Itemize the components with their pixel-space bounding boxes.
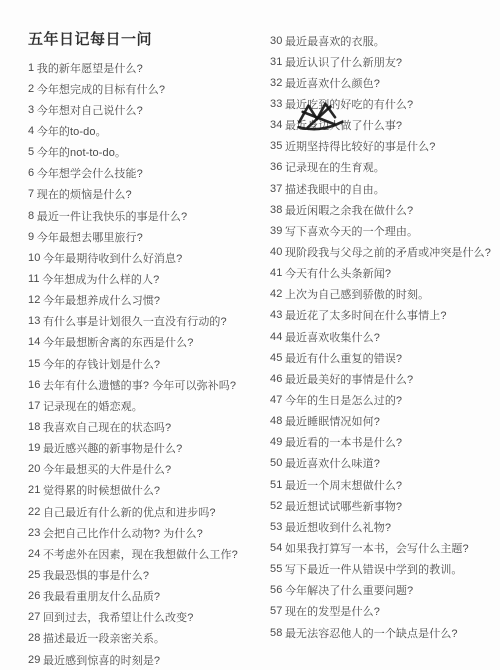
question-number: 3 — [28, 104, 34, 116]
question-number: 45 — [270, 352, 282, 364]
question-item: 35近期坚持得比较好的事是什么? — [270, 136, 491, 157]
question-text: 写下最近一件从错误中学到的教训。 — [285, 561, 463, 577]
question-text: 最近最喜欢的衣服。 — [285, 33, 385, 49]
question-number: 6 — [28, 167, 34, 179]
question-number: 21 — [28, 484, 40, 496]
question-item: 38最近闲暇之余我在做什么? — [270, 199, 491, 220]
question-number: 8 — [28, 210, 34, 222]
question-number: 33 — [270, 98, 282, 110]
question-item: 44最近喜欢收集什么? — [270, 326, 491, 347]
question-item: 22自己最近有什么新的优点和进步吗? — [28, 501, 238, 522]
question-number: 20 — [28, 463, 40, 475]
question-text: 今年的not-to-do。 — [37, 144, 126, 160]
question-text: 觉得累的时候想做什么? — [43, 482, 160, 498]
question-text: 描述最近一段亲密关系。 — [43, 630, 165, 646]
question-item: 43最近花了太多时间在什么事情上? — [270, 305, 491, 326]
question-text: 写下喜欢今天的一个理由。 — [285, 223, 418, 239]
question-text: 今年想对自己说什么? — [37, 102, 143, 118]
question-number: 43 — [270, 309, 282, 321]
question-text: 最近身边人做了什么事? — [285, 117, 402, 133]
question-item: 50最近喜欢什么味道? — [270, 453, 491, 474]
question-number: 25 — [28, 569, 40, 581]
question-number: 5 — [28, 146, 34, 158]
question-item: 45最近有什么重复的错误? — [270, 347, 491, 368]
question-text: 上次为自己感到骄傲的时刻。 — [285, 286, 429, 302]
question-item: 21觉得累的时候想做什么? — [28, 480, 238, 501]
question-item: 24不考虑外在因素，现在我想做什么工作? — [28, 543, 238, 564]
question-item: 31最近认识了什么新朋友? — [270, 51, 491, 72]
question-item: 42上次为自己感到骄傲的时刻。 — [270, 284, 491, 305]
question-number: 19 — [28, 442, 40, 454]
question-text: 今年解决了什么重要问题? — [285, 582, 413, 598]
question-text: 最无法容忍他人的一个缺点是什么? — [285, 625, 458, 641]
question-number: 31 — [270, 56, 282, 68]
diary-question-page: 五年日记每日一问 1我的新年愿望是什么?2今年想完成的目标有什么?3今年想对自己… — [0, 0, 500, 670]
question-text: 最近感兴趣的新事物是什么? — [43, 440, 182, 456]
question-text: 最近感到惊喜的时刻是? — [43, 652, 160, 668]
question-item: 36记录现在的生育观。 — [270, 157, 491, 178]
question-number: 22 — [28, 506, 40, 518]
question-item: 19最近感兴趣的新事物是什么? — [28, 438, 238, 459]
question-number: 4 — [28, 125, 34, 137]
question-item: 23会把自己比作什么动物? 为什么? — [28, 522, 238, 543]
question-item: 58最无法容忍他人的一个缺点是什么? — [270, 622, 491, 643]
question-text: 今年的to-do。 — [37, 123, 107, 139]
question-number: 7 — [28, 188, 34, 200]
question-item: 20今年最想买的大件是什么? — [28, 459, 238, 480]
question-text: 今年的存钱计划是什么? — [43, 356, 160, 372]
question-item: 6今年想学会什么技能? — [28, 163, 238, 184]
question-number: 28 — [28, 632, 40, 644]
question-number: 34 — [270, 119, 282, 131]
question-item: 56今年解决了什么重要问题? — [270, 580, 491, 601]
question-text: 有什么事是计划很久一直没有行动的? — [43, 313, 227, 329]
question-text: 现在的烦恼是什么? — [37, 186, 132, 202]
question-number: 44 — [270, 331, 282, 343]
question-item: 25我最恐惧的事是什么? — [28, 564, 238, 585]
question-item: 46最近最美好的事情是什么? — [270, 368, 491, 389]
question-number: 32 — [270, 77, 282, 89]
question-text: 我的新年愿望是什么? — [37, 60, 143, 76]
question-text: 最近闲暇之余我在做什么? — [285, 202, 413, 218]
question-number: 1 — [28, 62, 34, 74]
question-text: 记录现在的婚恋观。 — [43, 398, 143, 414]
question-text: 最近想收到什么礼物? — [285, 519, 391, 535]
question-text: 记录现在的生育观。 — [285, 159, 385, 175]
question-number: 41 — [270, 267, 282, 279]
question-text: 最近吃到的好吃的有什么? — [285, 96, 413, 112]
question-number: 16 — [28, 379, 40, 391]
question-number: 52 — [270, 500, 282, 512]
question-number: 47 — [270, 394, 282, 406]
question-text: 最近看的一本书是什么? — [285, 434, 402, 450]
question-item: 9今年最想去哪里旅行? — [28, 226, 238, 247]
question-text: 今年最想断舍离的东西是什么? — [43, 334, 194, 350]
question-text: 自己最近有什么新的优点和进步吗? — [43, 504, 216, 520]
question-number: 13 — [28, 315, 40, 327]
question-text: 今年想成为什么样的人? — [42, 271, 159, 287]
question-item: 52最近想试试哪些新事物? — [270, 495, 491, 516]
question-text: 描述我眼中的自由。 — [285, 181, 385, 197]
question-item: 48最近睡眠情况如何? — [270, 411, 491, 432]
question-text: 今年最想养成什么习惯? — [43, 292, 160, 308]
question-item: 10今年最期待收到什么好消息? — [28, 247, 238, 268]
question-item: 40现阶段我与父母之前的矛盾或冲突是什么? — [270, 241, 491, 262]
question-number: 54 — [270, 542, 282, 554]
page-title: 五年日记每日一问 — [28, 30, 238, 50]
question-item: 47今年的生日是怎么过的? — [270, 389, 491, 410]
question-number: 58 — [270, 627, 282, 639]
question-text: 最近有什么重复的错误? — [285, 350, 402, 366]
question-text: 最近一件让我快乐的事是什么? — [37, 208, 188, 224]
question-text: 最近认识了什么新朋友? — [285, 54, 402, 70]
question-text: 今天有什么头条新闻? — [285, 265, 391, 281]
question-text: 最近花了太多时间在什么事情上? — [285, 307, 447, 323]
question-text: 回到过去，我希望让什么改变? — [43, 609, 194, 625]
question-number: 50 — [270, 457, 282, 469]
question-text: 最近想试试哪些新事物? — [285, 498, 402, 514]
question-text: 最近喜欢什么味道? — [285, 455, 380, 471]
question-text: 今年最想买的大件是什么? — [43, 461, 171, 477]
question-number: 9 — [28, 231, 34, 243]
question-number: 42 — [270, 288, 282, 300]
question-item: 54如果我打算写一本书，会写什么主题? — [270, 537, 491, 558]
question-text: 不考虑外在因素，现在我想做什么工作? — [43, 546, 238, 562]
question-item: 4今年的to-do。 — [28, 120, 238, 141]
question-text: 近期坚持得比较好的事是什么? — [285, 138, 436, 154]
question-number: 51 — [270, 479, 282, 491]
question-item: 29最近感到惊喜的时刻是? — [28, 649, 238, 670]
question-number: 38 — [270, 204, 282, 216]
question-number: 56 — [270, 584, 282, 596]
question-list-left: 1我的新年愿望是什么?2今年想完成的目标有什么?3今年想对自己说什么?4今年的t… — [28, 57, 238, 670]
question-text: 最近喜欢什么颜色? — [285, 75, 380, 91]
question-item: 7现在的烦恼是什么? — [28, 184, 238, 205]
question-text: 今年最期待收到什么好消息? — [43, 250, 182, 266]
question-number: 53 — [270, 521, 282, 533]
question-number: 14 — [28, 336, 40, 348]
question-number: 24 — [28, 548, 40, 560]
question-number: 18 — [28, 421, 40, 433]
question-number: 27 — [28, 611, 40, 623]
question-item: 26我最看重朋友什么品质? — [28, 586, 238, 607]
question-text: 如果我打算写一本书，会写什么主题? — [285, 540, 469, 556]
question-item: 32最近喜欢什么颜色? — [270, 72, 491, 93]
question-item: 30最近最喜欢的衣服。 — [270, 30, 491, 51]
question-text: 今年最想去哪里旅行? — [37, 229, 143, 245]
question-item: 14今年最想断舍离的东西是什么? — [28, 332, 238, 353]
question-text: 最近一个周末想做什么? — [285, 477, 402, 493]
question-number: 49 — [270, 436, 282, 448]
question-item: 39写下喜欢今天的一个理由。 — [270, 220, 491, 241]
question-number: 40 — [270, 246, 282, 258]
question-text: 最近最美好的事情是什么? — [285, 371, 413, 387]
question-item: 12今年最想养成什么习惯? — [28, 290, 238, 311]
question-item: 41今天有什么头条新闻? — [270, 263, 491, 284]
question-number: 10 — [28, 252, 40, 264]
question-item: 13有什么事是计划很久一直没有行动的? — [28, 311, 238, 332]
question-number: 11 — [28, 273, 40, 285]
question-text: 今年想学会什么技能? — [37, 165, 143, 181]
question-item: 57现在的发型是什么? — [270, 601, 491, 622]
question-item: 18我喜欢自己现在的状态吗? — [28, 416, 238, 437]
question-item: 27回到过去，我希望让什么改变? — [28, 607, 238, 628]
question-number: 12 — [28, 294, 40, 306]
question-number: 55 — [270, 563, 282, 575]
question-item: 1我的新年愿望是什么? — [28, 57, 238, 78]
question-number: 39 — [270, 225, 282, 237]
question-text: 去年有什么遗憾的事? 今年可以弥补吗? — [43, 377, 236, 393]
question-text: 我喜欢自己现在的状态吗? — [43, 419, 171, 435]
question-text: 今年想完成的目标有什么? — [37, 81, 165, 97]
question-number: 57 — [270, 605, 282, 617]
right-column: 30最近最喜欢的衣服。31最近认识了什么新朋友?32最近喜欢什么颜色?33最近吃… — [270, 30, 491, 643]
question-text: 我最看重朋友什么品质? — [43, 588, 160, 604]
question-number: 48 — [270, 415, 282, 427]
left-column: 五年日记每日一问 1我的新年愿望是什么?2今年想完成的目标有什么?3今年想对自己… — [28, 30, 238, 670]
question-text: 现在的发型是什么? — [285, 603, 380, 619]
question-number: 23 — [28, 527, 40, 539]
question-number: 36 — [270, 161, 282, 173]
question-text: 我最恐惧的事是什么? — [43, 567, 149, 583]
question-item: 16去年有什么遗憾的事? 今年可以弥补吗? — [28, 374, 238, 395]
question-number: 35 — [270, 140, 282, 152]
question-number: 2 — [28, 83, 34, 95]
question-number: 15 — [28, 358, 40, 370]
question-number: 46 — [270, 373, 282, 385]
question-item: 33最近吃到的好吃的有什么? — [270, 93, 491, 114]
question-item: 49最近看的一本书是什么? — [270, 432, 491, 453]
question-text: 最近睡眠情况如何? — [285, 413, 380, 429]
question-list-right: 30最近最喜欢的衣服。31最近认识了什么新朋友?32最近喜欢什么颜色?33最近吃… — [270, 30, 491, 643]
question-item: 2今年想完成的目标有什么? — [28, 78, 238, 99]
question-item: 51最近一个周末想做什么? — [270, 474, 491, 495]
question-item: 8最近一件让我快乐的事是什么? — [28, 205, 238, 226]
question-item: 15今年的存钱计划是什么? — [28, 353, 238, 374]
question-item: 34最近身边人做了什么事? — [270, 115, 491, 136]
question-item: 55写下最近一件从错误中学到的教训。 — [270, 559, 491, 580]
question-item: 53最近想收到什么礼物? — [270, 516, 491, 537]
question-item: 5今年的not-to-do。 — [28, 142, 238, 163]
question-item: 28描述最近一段亲密关系。 — [28, 628, 238, 649]
question-item: 11今年想成为什么样的人? — [28, 268, 238, 289]
question-number: 30 — [270, 35, 282, 47]
question-number: 17 — [28, 400, 40, 412]
question-number: 37 — [270, 183, 282, 195]
question-number: 29 — [28, 654, 40, 666]
question-text: 最近喜欢收集什么? — [285, 329, 380, 345]
question-item: 17记录现在的婚恋观。 — [28, 395, 238, 416]
question-text: 现阶段我与父母之前的矛盾或冲突是什么? — [285, 244, 491, 260]
question-text: 会把自己比作什么动物? 为什么? — [43, 525, 203, 541]
question-item: 37描述我眼中的自由。 — [270, 178, 491, 199]
question-item: 3今年想对自己说什么? — [28, 99, 238, 120]
question-number: 26 — [28, 590, 40, 602]
question-text: 今年的生日是怎么过的? — [285, 392, 402, 408]
